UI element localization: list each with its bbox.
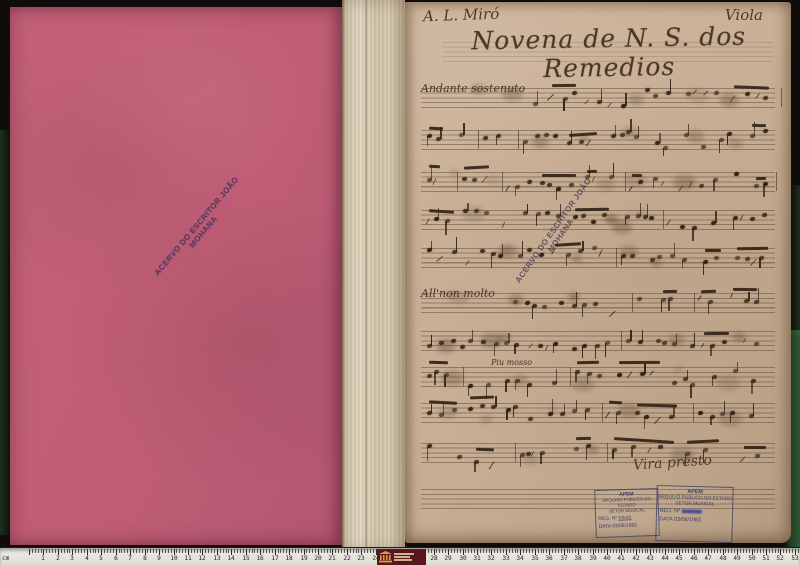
ruler-number: 31 bbox=[473, 555, 480, 562]
barline bbox=[616, 248, 617, 267]
note-stem bbox=[601, 89, 602, 102]
scale-ruler: cm 1234567891011121314151617181920212223… bbox=[0, 547, 800, 565]
ruler-tick bbox=[90, 549, 91, 553]
note-stem bbox=[566, 255, 567, 266]
note-head bbox=[745, 256, 751, 261]
note-stem bbox=[576, 400, 577, 411]
ruler-tick bbox=[517, 549, 518, 553]
ruler-number: 3 bbox=[71, 555, 75, 562]
note-stem bbox=[522, 241, 523, 256]
ruler-tick bbox=[720, 549, 721, 553]
ruler-tick bbox=[208, 549, 209, 553]
ruler-tick bbox=[627, 549, 628, 553]
music-staff: All'non molto bbox=[421, 293, 775, 313]
note-stem bbox=[670, 79, 671, 93]
ruler-number: 32 bbox=[488, 555, 495, 562]
rest-mark bbox=[425, 218, 430, 225]
rest-mark bbox=[740, 215, 744, 221]
ruler-tick bbox=[541, 549, 542, 553]
ruler-tick bbox=[32, 549, 33, 553]
ruler-tick bbox=[662, 549, 663, 553]
ruler-tick bbox=[763, 549, 764, 553]
note-stem bbox=[427, 446, 428, 461]
note-stem bbox=[474, 462, 475, 472]
rest-mark bbox=[465, 260, 470, 265]
note-stem bbox=[682, 260, 683, 268]
ruler-tick bbox=[78, 549, 79, 553]
ruler-tick bbox=[257, 549, 258, 553]
ruler-tick bbox=[778, 549, 779, 553]
ink-smudge bbox=[572, 377, 594, 393]
ruler-tick bbox=[373, 549, 374, 553]
ruler-number: 43 bbox=[647, 555, 654, 562]
ruler-tick bbox=[200, 549, 201, 553]
ink-smudge bbox=[436, 339, 456, 353]
ink-smudge bbox=[480, 333, 501, 348]
ruler-tick bbox=[64, 549, 65, 553]
ruler-tick bbox=[772, 549, 773, 553]
ruler-tick bbox=[676, 549, 677, 553]
note-stem bbox=[582, 241, 583, 252]
ruler-tick bbox=[639, 549, 640, 553]
ruler-tick bbox=[575, 549, 576, 553]
ruler-number: 7 bbox=[128, 555, 132, 562]
note-stem bbox=[613, 163, 614, 176]
ruler-tick bbox=[572, 549, 573, 553]
note-stem bbox=[523, 142, 524, 155]
ruler-tick bbox=[526, 549, 527, 553]
note-stem bbox=[427, 136, 428, 146]
ruler-tick bbox=[197, 549, 198, 553]
ruler-tick bbox=[705, 549, 706, 553]
note-head bbox=[526, 179, 532, 184]
ruler-number: 17 bbox=[271, 555, 278, 562]
ink-smudge bbox=[463, 206, 485, 221]
ruler-tick bbox=[769, 549, 770, 553]
note-head bbox=[733, 171, 739, 176]
ruler-tick bbox=[121, 549, 122, 553]
ruler-number: 21 bbox=[329, 555, 336, 562]
ink-smudge bbox=[687, 130, 705, 142]
ruler-number: 35 bbox=[531, 555, 538, 562]
ruler-number: 8 bbox=[143, 555, 147, 562]
rest-mark bbox=[750, 259, 757, 266]
note-head bbox=[559, 301, 565, 306]
rest-mark bbox=[545, 345, 549, 351]
ruler-tick bbox=[616, 549, 617, 553]
ruler-tick bbox=[113, 549, 114, 553]
ruler-number: 49 bbox=[733, 555, 740, 562]
beam-mark bbox=[619, 361, 660, 364]
ruler-tick bbox=[75, 549, 76, 553]
ruler-number: 39 bbox=[589, 555, 596, 562]
ruler-number: 50 bbox=[748, 555, 755, 562]
ruler-tick bbox=[483, 549, 484, 553]
note-stem bbox=[616, 413, 617, 424]
ruler-number: 47 bbox=[704, 555, 711, 562]
ruler-tick bbox=[295, 549, 296, 553]
ruler-tick bbox=[69, 549, 70, 553]
ruler-number: 4 bbox=[85, 555, 89, 562]
beam-mark bbox=[429, 126, 443, 129]
note-stem bbox=[513, 407, 514, 417]
ruler-tick bbox=[630, 549, 631, 553]
ink-smudge bbox=[625, 173, 646, 187]
rest-mark bbox=[730, 293, 733, 299]
ruler-tick bbox=[252, 549, 253, 553]
ink-smudge bbox=[673, 366, 683, 373]
rest-mark bbox=[502, 222, 505, 228]
rest-mark bbox=[605, 411, 611, 418]
note-stem bbox=[582, 305, 583, 317]
background-cloth-right bbox=[790, 185, 800, 335]
ruler-tick bbox=[587, 549, 588, 553]
ink-smudge bbox=[612, 220, 632, 234]
ruler-tick bbox=[471, 549, 472, 553]
ruler-tick bbox=[182, 549, 183, 553]
ruler-tick bbox=[119, 549, 120, 553]
ruler-tick bbox=[353, 549, 354, 553]
ruler-tick bbox=[653, 549, 654, 553]
ruler-tick bbox=[431, 549, 432, 553]
ink-smudge bbox=[579, 134, 589, 141]
ruler-tick bbox=[278, 549, 279, 553]
ruler-tick bbox=[309, 549, 310, 553]
ruler-tick bbox=[789, 549, 790, 553]
rest-mark bbox=[661, 181, 665, 186]
note-stem bbox=[753, 403, 754, 416]
note-head bbox=[539, 181, 545, 186]
apem-logo bbox=[377, 549, 426, 565]
ruler-number: 19 bbox=[300, 555, 307, 562]
note-stem bbox=[564, 404, 565, 414]
note-stem bbox=[527, 204, 528, 213]
ruler-number: 10 bbox=[170, 555, 177, 562]
music-staff bbox=[421, 443, 775, 463]
ruler-tick bbox=[685, 549, 686, 553]
ruler-tick bbox=[324, 549, 325, 553]
note-head bbox=[528, 416, 534, 421]
note-stem bbox=[514, 345, 515, 354]
registry-stamp-2: APEMARQUIVO PÚBLICO DO ESTADOSETOR MUSIC… bbox=[655, 485, 733, 543]
ruler-tick bbox=[509, 549, 510, 553]
note-stem bbox=[692, 228, 693, 241]
note-stem bbox=[536, 214, 537, 226]
note-head bbox=[714, 256, 720, 260]
ruler-tick bbox=[454, 549, 455, 553]
stamp-date-line: DATA 03/06/1983 bbox=[596, 521, 658, 529]
note-stem bbox=[431, 241, 432, 250]
rest-mark bbox=[436, 256, 443, 262]
note-stem bbox=[527, 385, 528, 397]
barline bbox=[502, 172, 503, 191]
rest-mark bbox=[432, 178, 436, 184]
note-head bbox=[571, 90, 577, 95]
note-head bbox=[572, 347, 578, 352]
archival-photo-scene: ACERVO DO ESCRITOR JOÃO MOHANA A. L. Mir… bbox=[0, 0, 800, 565]
ruler-tick bbox=[442, 549, 443, 553]
note-head bbox=[591, 219, 597, 224]
ruler-tick bbox=[214, 549, 215, 553]
note-head bbox=[468, 406, 474, 411]
ruler-tick bbox=[356, 549, 357, 553]
ruler-tick bbox=[552, 549, 553, 553]
ruler-tick bbox=[315, 549, 316, 553]
beam-mark bbox=[733, 288, 757, 291]
ruler-tick bbox=[292, 549, 293, 553]
rest-mark bbox=[740, 457, 746, 463]
ruler-number: 34 bbox=[517, 555, 524, 562]
note-head bbox=[462, 177, 468, 182]
ruler-tick bbox=[133, 549, 134, 553]
ruler-tick bbox=[162, 549, 163, 553]
ruler-tick bbox=[243, 549, 244, 553]
ink-smudge bbox=[523, 454, 539, 465]
ruler-tick bbox=[234, 549, 235, 553]
ruler-tick bbox=[358, 549, 359, 553]
ruler-number: 22 bbox=[343, 555, 350, 562]
ruler-tick bbox=[555, 549, 556, 553]
ink-smudge bbox=[686, 87, 710, 104]
ruler-tick bbox=[798, 549, 799, 553]
ruler-tick bbox=[728, 549, 729, 553]
ruler-number: 41 bbox=[618, 555, 625, 562]
note-head bbox=[749, 217, 755, 222]
note-stem bbox=[642, 330, 643, 341]
note-head bbox=[546, 183, 552, 188]
ruler-tick bbox=[734, 549, 735, 553]
ruler-tick bbox=[327, 549, 328, 553]
ruler-tick bbox=[205, 549, 206, 553]
ruler-tick bbox=[595, 549, 596, 553]
ink-smudge bbox=[720, 93, 739, 106]
ruler-tick bbox=[81, 549, 82, 553]
note-head bbox=[763, 95, 769, 100]
ruler-tick bbox=[38, 549, 39, 553]
ink-smudge bbox=[500, 245, 519, 259]
note-stem bbox=[491, 254, 492, 268]
ruler-number: 28 bbox=[430, 555, 437, 562]
ruler-tick bbox=[330, 549, 331, 553]
ruler-tick bbox=[49, 549, 50, 553]
ruler-tick bbox=[436, 549, 437, 553]
ruler-tick bbox=[104, 549, 105, 553]
note-stem bbox=[505, 381, 506, 392]
note-head bbox=[753, 341, 759, 346]
ruler-tick bbox=[370, 549, 371, 553]
note-stem bbox=[630, 330, 631, 342]
ink-smudge bbox=[618, 403, 640, 419]
rest-mark bbox=[528, 344, 533, 350]
beam-mark bbox=[662, 290, 677, 293]
ruler-tick bbox=[228, 549, 229, 553]
ink-smudge bbox=[717, 375, 739, 390]
ruler-number: 30 bbox=[459, 555, 466, 562]
ruler-tick bbox=[272, 549, 273, 553]
ink-smudge bbox=[568, 293, 579, 301]
note-head bbox=[545, 211, 551, 216]
ruler-number: 9 bbox=[157, 555, 161, 562]
ruler-tick bbox=[523, 549, 524, 553]
ruler-tick bbox=[486, 549, 487, 553]
note-stem bbox=[708, 302, 709, 314]
note-head bbox=[636, 296, 642, 301]
note-stem bbox=[537, 91, 538, 105]
registry-stamp-text: APEMARQUIVO PÚBLICO DO ESTADOSETOR MUSIC… bbox=[657, 486, 733, 524]
ruler-number: 52 bbox=[777, 555, 784, 562]
note-head bbox=[762, 128, 768, 133]
note-head bbox=[644, 87, 650, 92]
ruler-tick bbox=[673, 549, 674, 553]
beam-mark bbox=[705, 249, 721, 252]
beam-mark bbox=[429, 360, 448, 363]
music-staff bbox=[421, 331, 775, 351]
beam-mark bbox=[704, 332, 729, 335]
note-stem bbox=[582, 346, 583, 358]
note-head bbox=[596, 373, 602, 378]
ruler-number: 13 bbox=[213, 555, 220, 562]
ruler-tick bbox=[725, 549, 726, 553]
note-stem bbox=[625, 93, 626, 107]
ruler-tick bbox=[642, 549, 643, 553]
ruler-number: 46 bbox=[690, 555, 697, 562]
ruler-tick bbox=[757, 549, 758, 553]
note-head bbox=[427, 373, 433, 378]
note-stem bbox=[713, 180, 714, 191]
music-staff bbox=[443, 42, 773, 62]
note-stem bbox=[532, 306, 533, 319]
ruler-tick bbox=[746, 549, 747, 553]
ruler-tick bbox=[29, 549, 30, 555]
note-head bbox=[524, 301, 530, 306]
note-stem bbox=[520, 455, 521, 467]
note-stem bbox=[431, 404, 432, 413]
book-cover: ACERVO DO ESCRITOR JOÃO MOHANA bbox=[10, 7, 342, 545]
ruler-tick bbox=[691, 549, 692, 553]
ruler-tick bbox=[457, 549, 458, 553]
ruler-tick bbox=[156, 549, 157, 553]
rest-mark bbox=[701, 343, 705, 348]
ruler-tick bbox=[659, 549, 660, 553]
ruler-tick bbox=[460, 549, 461, 553]
rest-mark bbox=[489, 461, 495, 469]
music-staff bbox=[421, 248, 775, 268]
ruler-number: 6 bbox=[114, 555, 118, 562]
beam-mark bbox=[637, 404, 677, 408]
ruler-tick bbox=[127, 549, 128, 553]
ruler-tick bbox=[226, 549, 227, 553]
ruler-tick bbox=[107, 549, 108, 553]
note-stem bbox=[661, 300, 662, 312]
ruler-tick bbox=[731, 549, 732, 553]
ruler-tick bbox=[445, 549, 446, 553]
beam-mark bbox=[609, 400, 622, 403]
note-head bbox=[472, 177, 478, 182]
note-stem bbox=[710, 346, 711, 356]
ruler-tick bbox=[624, 549, 625, 553]
ruler-tick bbox=[298, 549, 299, 553]
ruler-tick bbox=[98, 549, 99, 553]
note-head bbox=[482, 135, 488, 140]
note-head bbox=[701, 145, 707, 150]
barline bbox=[632, 293, 633, 312]
ruler-tick bbox=[468, 549, 469, 553]
ruler-tick bbox=[532, 549, 533, 553]
ruler-tick bbox=[775, 549, 776, 553]
note-head bbox=[649, 215, 655, 220]
note-head bbox=[744, 91, 750, 96]
ruler-tick bbox=[110, 549, 111, 553]
note-stem bbox=[668, 299, 669, 311]
note-head bbox=[552, 133, 558, 138]
ruler-tick bbox=[754, 549, 755, 553]
note-stem bbox=[445, 221, 446, 235]
ruler-tick bbox=[179, 549, 180, 553]
note-stem bbox=[495, 396, 496, 407]
ruler-tick bbox=[633, 549, 634, 553]
barline bbox=[693, 403, 694, 422]
ink-smudge bbox=[548, 407, 557, 413]
ruler-tick bbox=[711, 549, 712, 553]
note-stem bbox=[540, 453, 541, 464]
barline bbox=[478, 130, 479, 149]
beam-mark bbox=[756, 176, 766, 179]
note-stem bbox=[585, 410, 586, 420]
ruler-tick bbox=[301, 549, 302, 553]
ruler-tick bbox=[124, 549, 125, 553]
ruler-tick bbox=[254, 549, 255, 553]
ruler-tick bbox=[590, 549, 591, 553]
note-stem bbox=[506, 410, 507, 420]
ruler-tick bbox=[581, 549, 582, 553]
ruler-tick bbox=[240, 549, 241, 553]
note-head bbox=[538, 343, 544, 348]
ruler-tick bbox=[671, 549, 672, 553]
stamp-date-line: DATA 03/06/1983 bbox=[657, 515, 732, 524]
ruler-tick bbox=[185, 549, 186, 553]
note-stem bbox=[737, 362, 738, 371]
composer-name: A. L. Miró bbox=[423, 5, 500, 26]
note-head bbox=[698, 410, 704, 415]
ruler-tick bbox=[656, 549, 657, 553]
note-stem bbox=[468, 386, 469, 397]
note-stem bbox=[758, 288, 759, 301]
beam-mark bbox=[744, 446, 766, 449]
note-stem bbox=[694, 333, 695, 346]
note-head bbox=[459, 344, 465, 349]
ruler-tick bbox=[55, 549, 56, 553]
ink-smudge bbox=[628, 94, 644, 105]
note-head bbox=[591, 246, 597, 251]
ruler-tick bbox=[688, 549, 689, 553]
ruler-tick bbox=[503, 549, 504, 553]
beam-mark bbox=[577, 361, 599, 364]
ruler-tick bbox=[515, 549, 516, 553]
note-stem bbox=[556, 189, 557, 200]
barline bbox=[776, 172, 777, 191]
ruler-number: 45 bbox=[676, 555, 683, 562]
registry-stamp-1: APEMARQUIVO PÚBLICO DO ESTADOSETOR MUSIC… bbox=[594, 488, 660, 538]
ruler-tick bbox=[613, 549, 614, 553]
note-stem bbox=[553, 344, 554, 353]
note-head bbox=[480, 248, 486, 253]
barline bbox=[607, 443, 608, 462]
ruler-tick bbox=[84, 549, 85, 553]
ruler-tick bbox=[269, 549, 270, 553]
note-stem bbox=[647, 204, 648, 217]
ruler-tick bbox=[497, 549, 498, 553]
note-stem bbox=[496, 136, 497, 145]
